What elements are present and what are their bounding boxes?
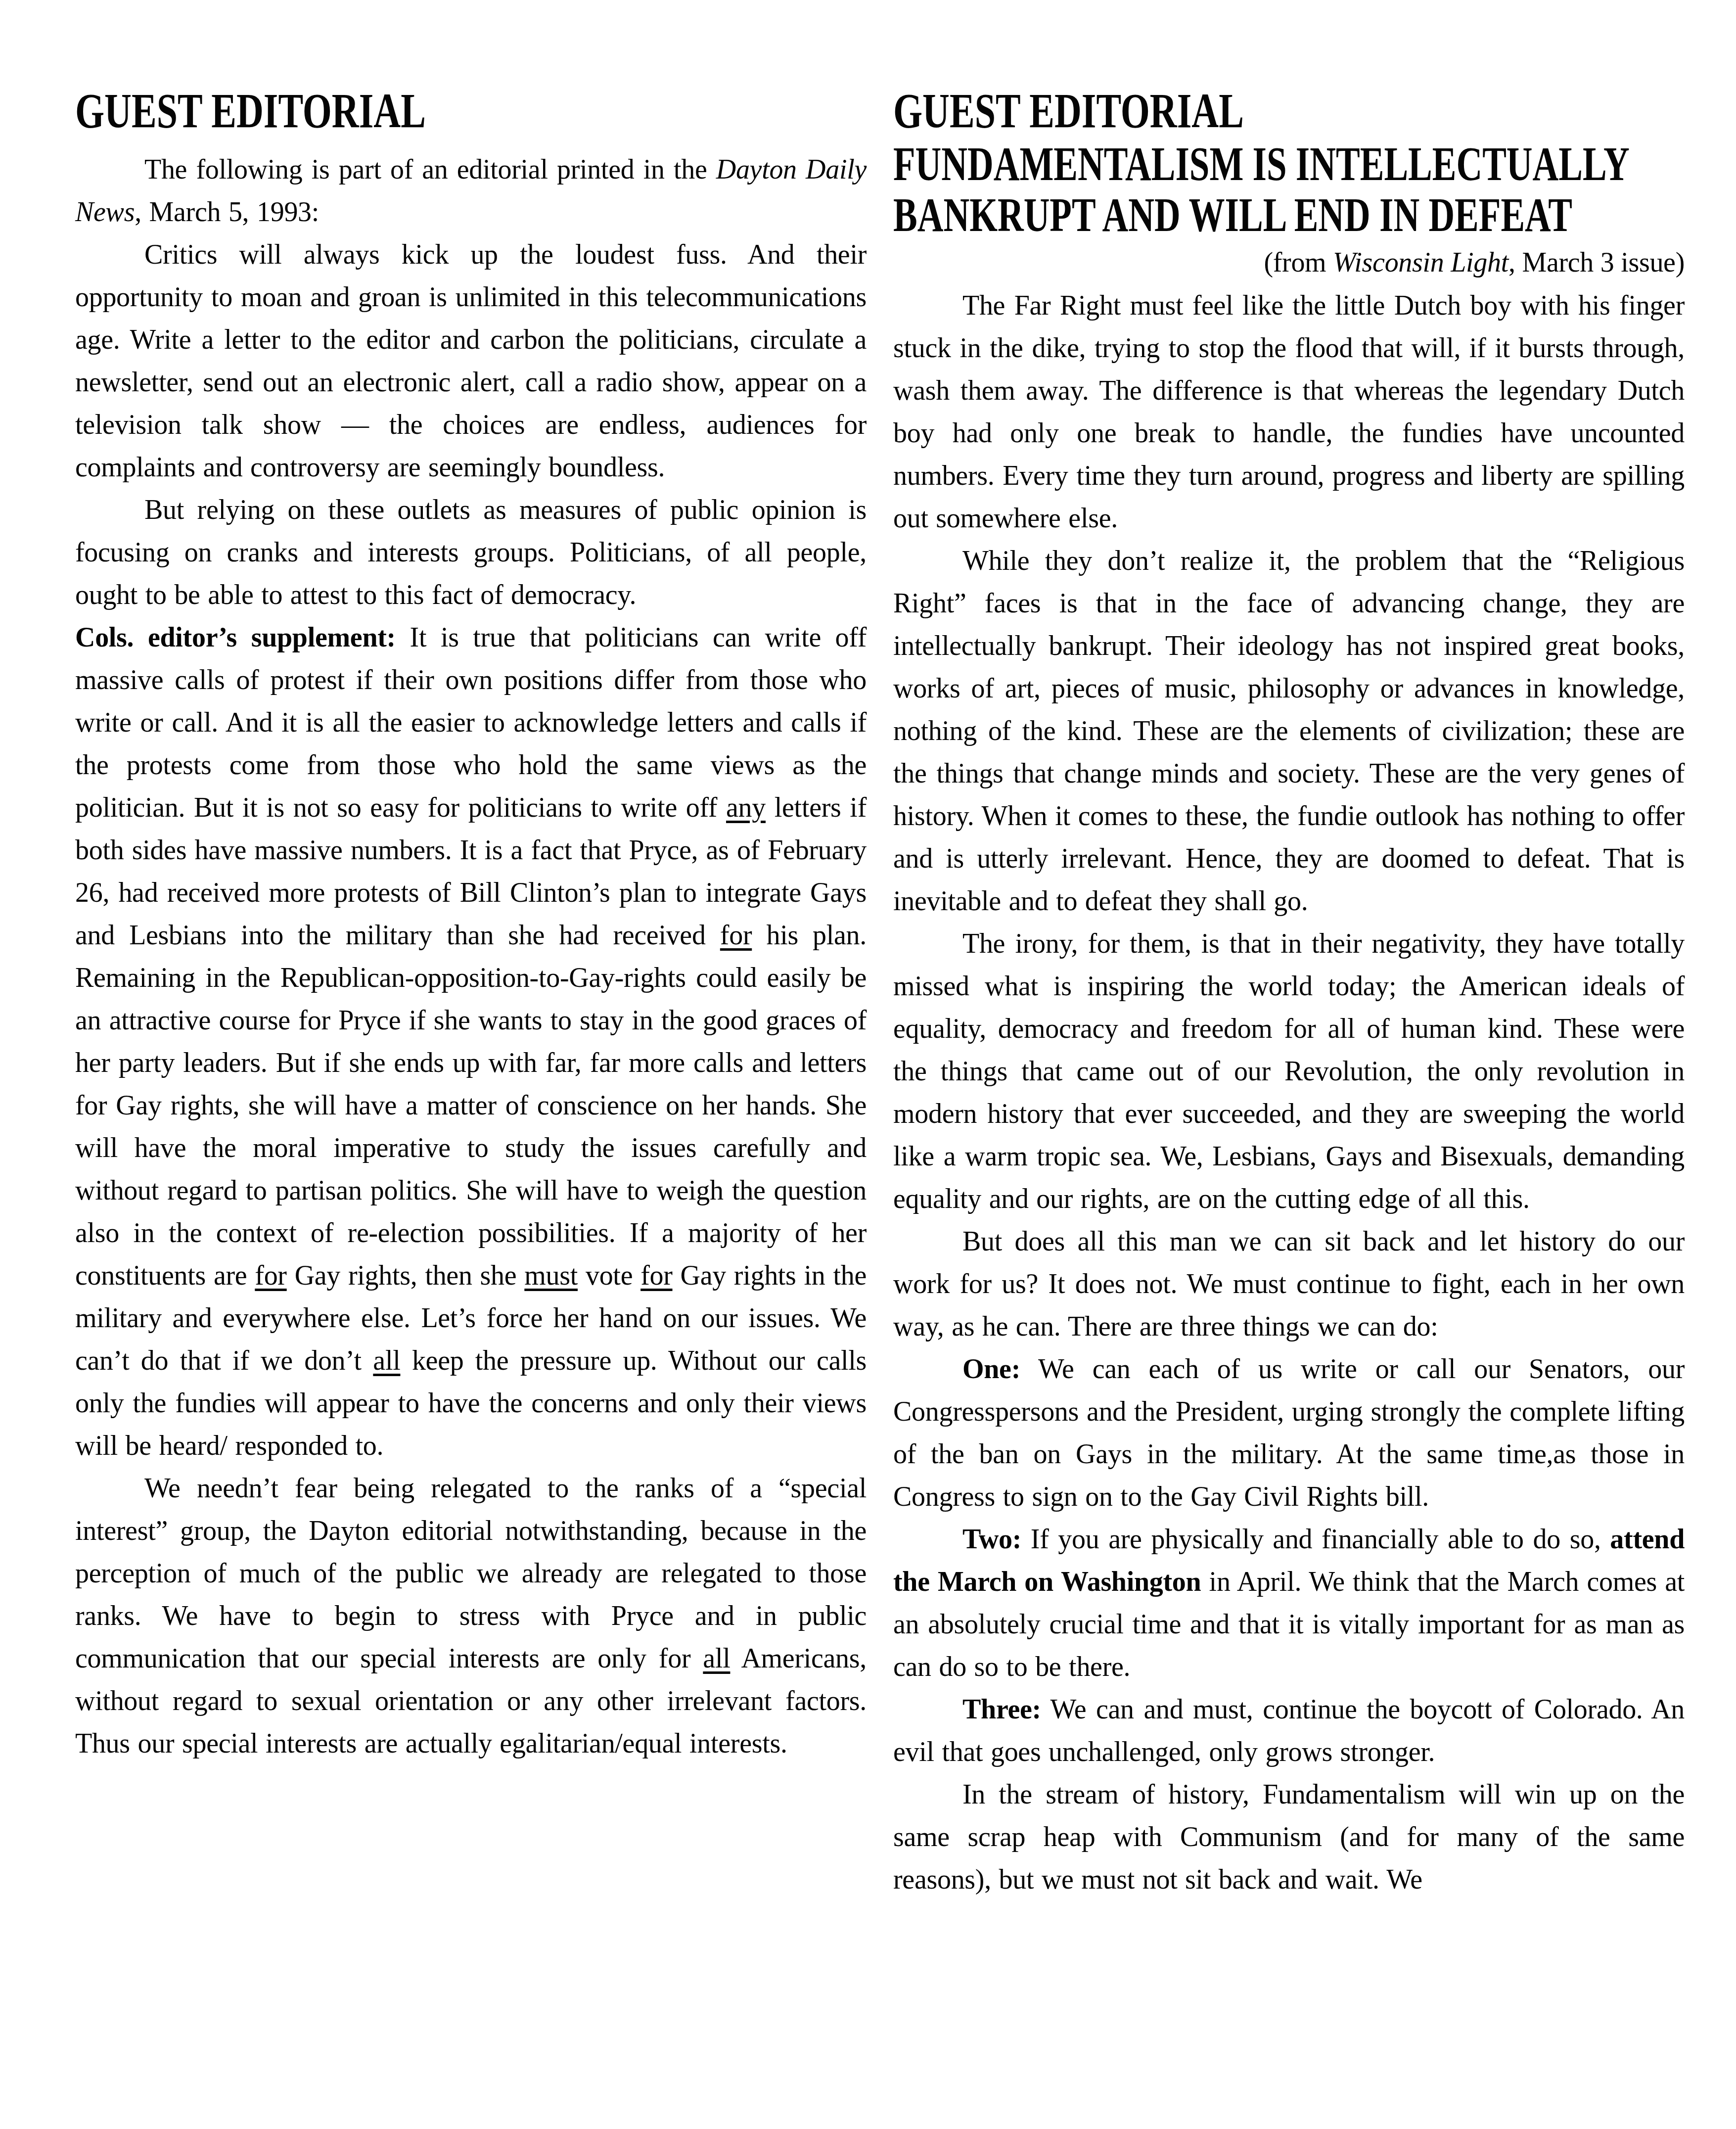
left-column-heading: GUEST EDITORIAL [75, 87, 867, 136]
left-paragraph-3: Cols. editor’s supplement: It is true th… [75, 616, 867, 1467]
right-paragraph-0: The Far Right must feel like the little … [893, 284, 1685, 540]
attribution-line: (from Wisconsin Light, March 3 issue) [893, 241, 1685, 284]
right-paragraph-3: But does all this man we can sit back an… [893, 1220, 1685, 1348]
left-paragraph-0: The following is part of an editorial pr… [75, 148, 867, 233]
article-title-line-1: FUNDAMENTALISM IS INTELLECTUALLY [893, 139, 1685, 190]
right-column: GUEST EDITORIAL FUNDAMENTALISM IS INTELL… [893, 87, 1685, 1901]
right-paragraph-5: Two: If you are physically and financial… [893, 1518, 1685, 1688]
right-paragraph-6: Three: We can and must, continue the boy… [893, 1688, 1685, 1773]
right-paragraph-7: In the stream of history, Fundamentalism… [893, 1773, 1685, 1901]
right-paragraph-4: One: We can each of us write or call our… [893, 1348, 1685, 1518]
article-title: FUNDAMENTALISM IS INTELLECTUALLY BANKRUP… [893, 139, 1685, 241]
right-column-heading: GUEST EDITORIAL [893, 87, 1685, 136]
right-paragraph-1: While they don’t realize it, the problem… [893, 540, 1685, 923]
scanned-editorial-page: GUEST EDITORIAL The following is part of… [0, 0, 1736, 2129]
left-paragraph-4: We needn’t fear being relegated to the r… [75, 1467, 867, 1765]
left-paragraph-1: Critics will always kick up the loudest … [75, 233, 867, 489]
left-column: GUEST EDITORIAL The following is part of… [75, 87, 867, 1765]
article-title-line-2: BANKRUPT AND WILL END IN DEFEAT [893, 190, 1685, 241]
left-paragraph-2: But relying on these outlets as measures… [75, 489, 867, 616]
right-paragraph-2: The irony, for them, is that in their ne… [893, 923, 1685, 1220]
